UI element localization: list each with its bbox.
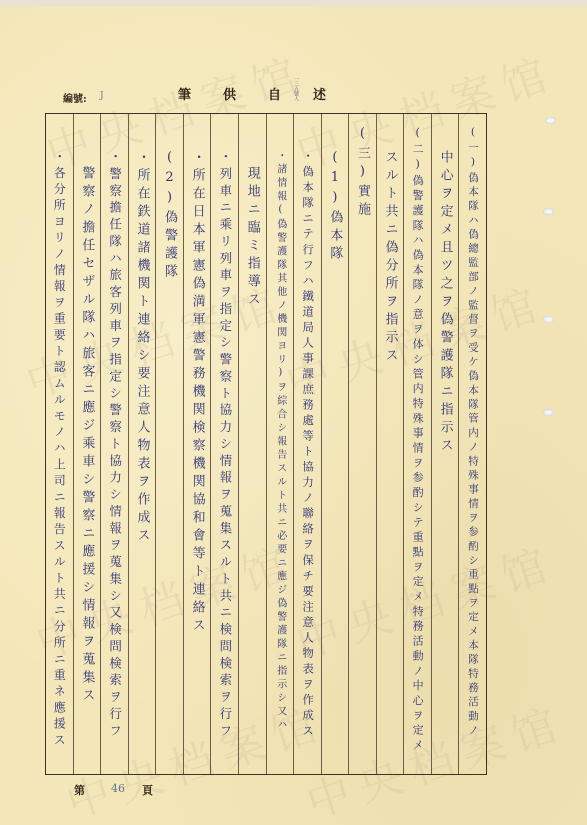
text-column: ・所在日本軍憲偽満軍憲警務機関検察機関協和會等ト連絡ス	[183, 114, 211, 774]
binding-hole	[545, 117, 556, 124]
title-annotation: 一三五號人	[293, 76, 298, 101]
handwritten-line: (1)偽本隊	[328, 150, 341, 264]
page-number: 46	[111, 782, 125, 795]
text-column: (2)偽警護隊	[155, 114, 183, 774]
handwritten-line: ・各分所ヨリノ情報ヲ重要ト認ムルモノハ上司ニ報告スルト共ニ分所ニ重ネ應援ス	[53, 150, 65, 749]
doc-number-value: J	[100, 91, 104, 101]
text-column: (1)偽本隊	[321, 114, 349, 774]
handwritten-line: (三)實施	[356, 126, 369, 220]
handwritten-line: (二)偽警護隊ハ偽本隊ノ意ヲ体シ管内特殊事情ヲ参酌シテ重點ヲ定メ特務活動ノ中心ヲ…	[412, 126, 423, 754]
page-title: 筆供自述	[178, 84, 358, 103]
doc-number-label: 編號:	[63, 90, 87, 105]
handwritten-line: (一)偽本隊ハ偽總監部ノ監督ヲ受ケ偽本隊管内ノ特殊事情ヲ参酌シ重點ヲ定メ本隊特務…	[467, 126, 478, 739]
handwritten-line: ・偽本隊ニテ行フハ鐵道局人事課庶務處等ト協力ノ聯絡ヲ保チ要注意人物表ヲ作成ス	[302, 150, 314, 740]
text-column: 警察ノ擔任セザル隊ハ旅客ニ應ジ乘車シ警察ニ應援シ情報ヲ蒐集ス	[73, 114, 101, 774]
binding-hole	[543, 409, 554, 416]
text-column: 中心ヲ定メ且ツ之ヲ偽警護隊ニ指示ス	[431, 114, 459, 774]
text-column: (三)實施	[348, 114, 376, 774]
text-column: ・諸情報(偽警護隊其他ノ機関ヨリ)ヲ綜合シ報告スルト共ニ必要ニ應ジ偽警護隊ニ指示…	[266, 114, 294, 774]
handwritten-line: ・列車ニ乘リ列車ヲ指定シ警察ト協力シ情報ヲ蒐集スルト共ニ検問検索ヲ行フ	[218, 150, 231, 741]
text-column: ・偽本隊ニテ行フハ鐵道局人事課庶務處等ト協力ノ聯絡ヲ保チ要注意人物表ヲ作成ス	[293, 114, 321, 774]
text-column: (二)偽警護隊ハ偽本隊ノ意ヲ体シ管内特殊事情ヲ参酌シテ重點ヲ定メ特務活動ノ中心ヲ…	[403, 114, 431, 774]
handwritten-line: 警察ノ擔任セザル隊ハ旅客ニ應ジ乘車シ警察ニ應援シ情報ヲ蒐集ス	[80, 166, 93, 706]
handwritten-line: ・警察擔任隊ハ旅客列車ヲ指定シ警察ト協力シ情報ヲ蒐集シ又検問検索ヲ行フ	[108, 150, 121, 741]
text-column: 現地ニ臨ミ指導ス	[238, 114, 266, 774]
text-column: (一)偽本隊ハ偽總監部ノ監督ヲ受ケ偽本隊管内ノ特殊事情ヲ参酌シ重點ヲ定メ本隊特務…	[458, 114, 486, 774]
binding-hole	[543, 208, 554, 215]
text-column: スルト共ニ偽分所ヲ指示ス	[376, 114, 404, 774]
ruled-sheet: (一)偽本隊ハ偽總監部ノ監督ヲ受ケ偽本隊管内ノ特殊事情ヲ参酌シ重點ヲ定メ本隊特務…	[45, 113, 487, 775]
handwritten-line: 中心ヲ定メ且ツ之ヲ偽警護隊ニ指示ス	[439, 150, 452, 456]
handwritten-line: (2)偽警護隊	[163, 150, 176, 282]
page-label: 第	[74, 782, 85, 798]
text-column: ・警察擔任隊ハ旅客列車ヲ指定シ警察ト協力シ情報ヲ蒐集シ又検問検索ヲ行フ	[100, 114, 128, 774]
text-column: ・列車ニ乘リ列車ヲ指定シ警察ト協力シ情報ヲ蒐集スルト共ニ検問検索ヲ行フ	[210, 114, 238, 774]
handwritten-line: 現地ニ臨ミ指導ス	[246, 166, 259, 310]
text-column: ・所在鉄道諸機関ト連絡シ要注意人物表ヲ作成ス	[128, 114, 156, 774]
page-suffix: 頁	[142, 782, 153, 798]
handwritten-line: ・所在日本軍憲偽満軍憲警務機関検察機関協和會等ト連絡ス	[191, 150, 204, 636]
handwritten-line: スルト共ニ偽分所ヲ指示ス	[384, 150, 397, 366]
handwritten-line: ・所在鉄道諸機関ト連絡シ要注意人物表ヲ作成ス	[135, 150, 148, 546]
handwritten-line: ・諸情報(偽警護隊其他ノ機関ヨリ)ヲ綜合シ報告スルト共ニ必要ニ應ジ偽警護隊ニ指示…	[275, 150, 285, 733]
text-column: ・各分所ヨリノ情報ヲ重要ト認ムルモノハ上司ニ報告スルト共ニ分所ニ重ネ應援ス	[46, 114, 73, 774]
binding-hole	[543, 316, 554, 323]
